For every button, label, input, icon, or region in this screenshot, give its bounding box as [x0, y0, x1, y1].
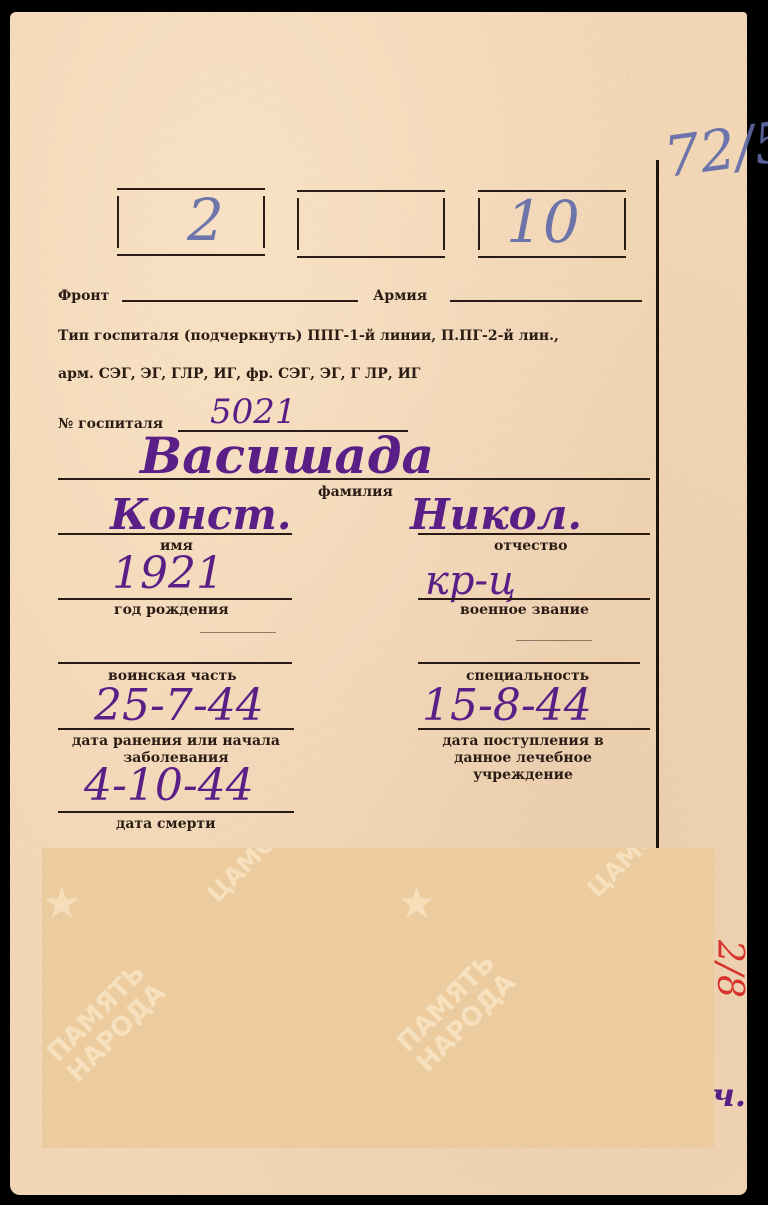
birth-year-line: [58, 598, 292, 600]
dash-left: [200, 632, 276, 633]
front-line: [122, 300, 358, 302]
margin-note-bottom-purple: ч.: [712, 1076, 746, 1114]
admission-date-line: [418, 728, 650, 730]
surname-line: [58, 478, 650, 480]
hospital-type-line1: Тип госпиталя (подчеркнуть) ППГ-1-й лини…: [58, 328, 559, 344]
header-box-2: [297, 190, 445, 258]
surname-label: фамилия: [318, 484, 393, 500]
watermark-star-icon: ★: [397, 878, 436, 929]
watermark-star-icon: ★: [42, 878, 81, 929]
admission-date-value: 15-8-44: [422, 680, 592, 731]
rank-label: военное звание: [460, 602, 589, 618]
hospital-type-line2: арм. СЭГ, ЭГ, ГЛР, ИГ, фр. СЭГ, ЭГ, Г ЛР…: [58, 366, 420, 382]
specialty-line: [418, 662, 640, 664]
death-date-value: 4-10-44: [84, 760, 254, 811]
birth-year-value: 1921: [112, 548, 224, 599]
surname-value: Васишада: [140, 426, 434, 485]
watermark-small-2: ЦАМО: [582, 848, 662, 903]
wound-date-value: 25-7-44: [94, 680, 264, 731]
patronymic-value: Никол.: [410, 490, 582, 539]
redacted-area: ★ ПАМЯТЬ НАРОДА ★ ПАМЯТЬ НАРОДА ЦАМО ЦАМ…: [42, 848, 714, 1148]
header-box-3: 10: [478, 190, 626, 258]
rank-line: [418, 598, 650, 600]
unit-line: [58, 662, 292, 664]
wound-date-line: [58, 728, 294, 730]
birth-year-label: год рождения: [114, 602, 229, 618]
patronymic-label: отчество: [494, 538, 567, 554]
patronymic-line: [418, 533, 650, 535]
margin-rule: [656, 160, 659, 848]
header-box-1: 2: [117, 188, 265, 256]
header-box-3-value: 10: [506, 188, 580, 256]
admission-date-label: дата поступления в данное лечебное учреж…: [414, 733, 632, 784]
dash-right: [516, 640, 592, 641]
front-label: Фронт: [58, 288, 109, 304]
watermark-small-1: ЦАМО: [202, 848, 282, 908]
watermark-center: ПАМЯТЬ НАРОДА: [392, 949, 521, 1078]
name-line: [58, 533, 292, 535]
header-box-1-value: 2: [187, 186, 224, 254]
watermark-left: ПАМЯТЬ НАРОДА: [42, 959, 171, 1088]
death-date-label: дата смерти: [116, 816, 215, 832]
name-value: Конст.: [110, 490, 291, 539]
death-date-line: [58, 811, 294, 813]
army-line: [450, 300, 642, 302]
army-label: Армия: [373, 288, 427, 304]
